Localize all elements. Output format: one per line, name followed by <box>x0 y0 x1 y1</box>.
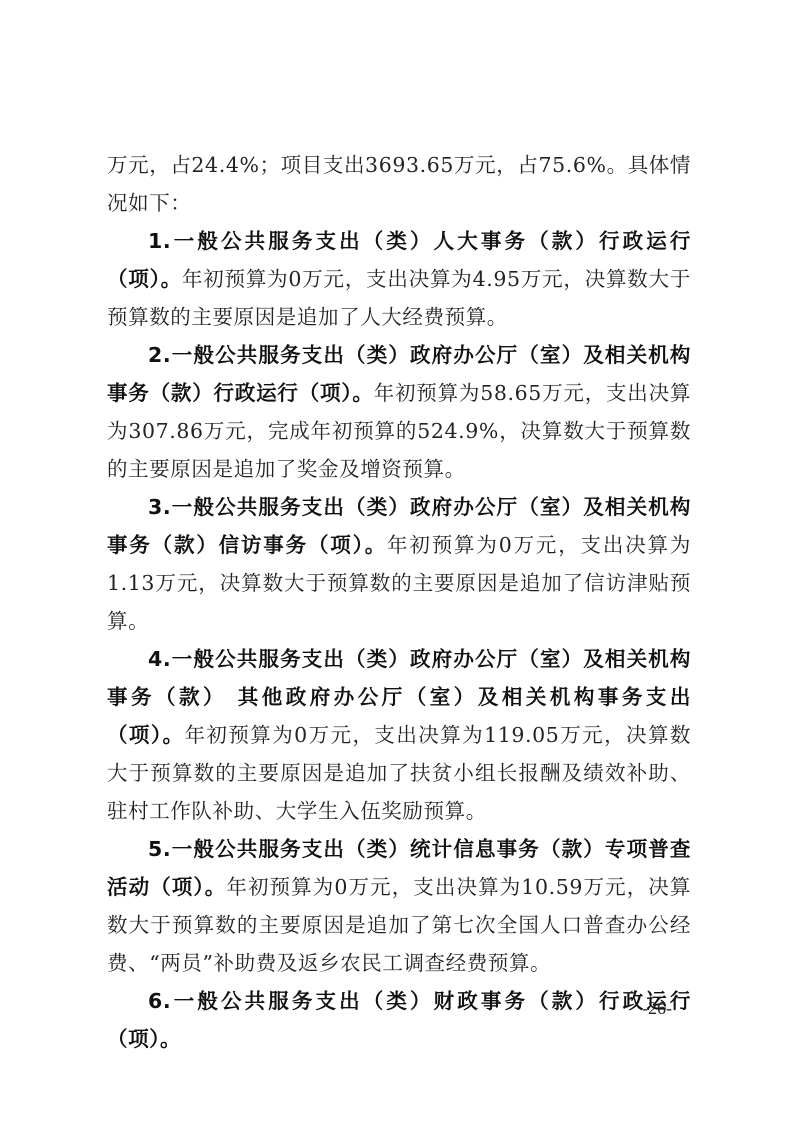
intro-paragraph: 万元，占24.4%；项目支出3693.65万元，占75.6%。具体情况如下： <box>107 146 691 222</box>
item-1-body: 年初预算为0万元，支出决算为4.95万元，决算数大于预算数的主要原因是追加了人大… <box>107 267 691 329</box>
item-6-heading: 6.一般公共服务支出（类）财政事务（款）行政运行（项）。 <box>107 989 691 1051</box>
document-page: 万元，占24.4%；项目支出3693.65万元，占75.6%。具体情况如下： 1… <box>107 146 691 1058</box>
item-1: 1.一般公共服务支出（类）人大事务（款）行政运行（项）。年初预算为0万元，支出决… <box>107 222 691 336</box>
item-3: 3.一般公共服务支出（类）政府办公厅（室）及相关机构事务（款）信访事务（项）。年… <box>107 488 691 640</box>
item-2: 2.一般公共服务支出（类）政府办公厅（室）及相关机构事务（款）行政运行（项）。年… <box>107 336 691 488</box>
item-6: 6.一般公共服务支出（类）财政事务（款）行政运行（项）。 <box>107 982 691 1058</box>
page-number: -26- <box>642 998 672 1019</box>
item-4: 4.一般公共服务支出（类）政府办公厅（室）及相关机构事务（款） 其他政府办公厅（… <box>107 640 691 830</box>
item-5: 5.一般公共服务支出（类）统计信息事务（款）专项普查活动（项）。年初预算为0万元… <box>107 830 691 982</box>
item-4-body: 年初预算为0万元，支出决算为119.05万元，决算数大于预算数的主要原因是追加了… <box>107 723 691 823</box>
